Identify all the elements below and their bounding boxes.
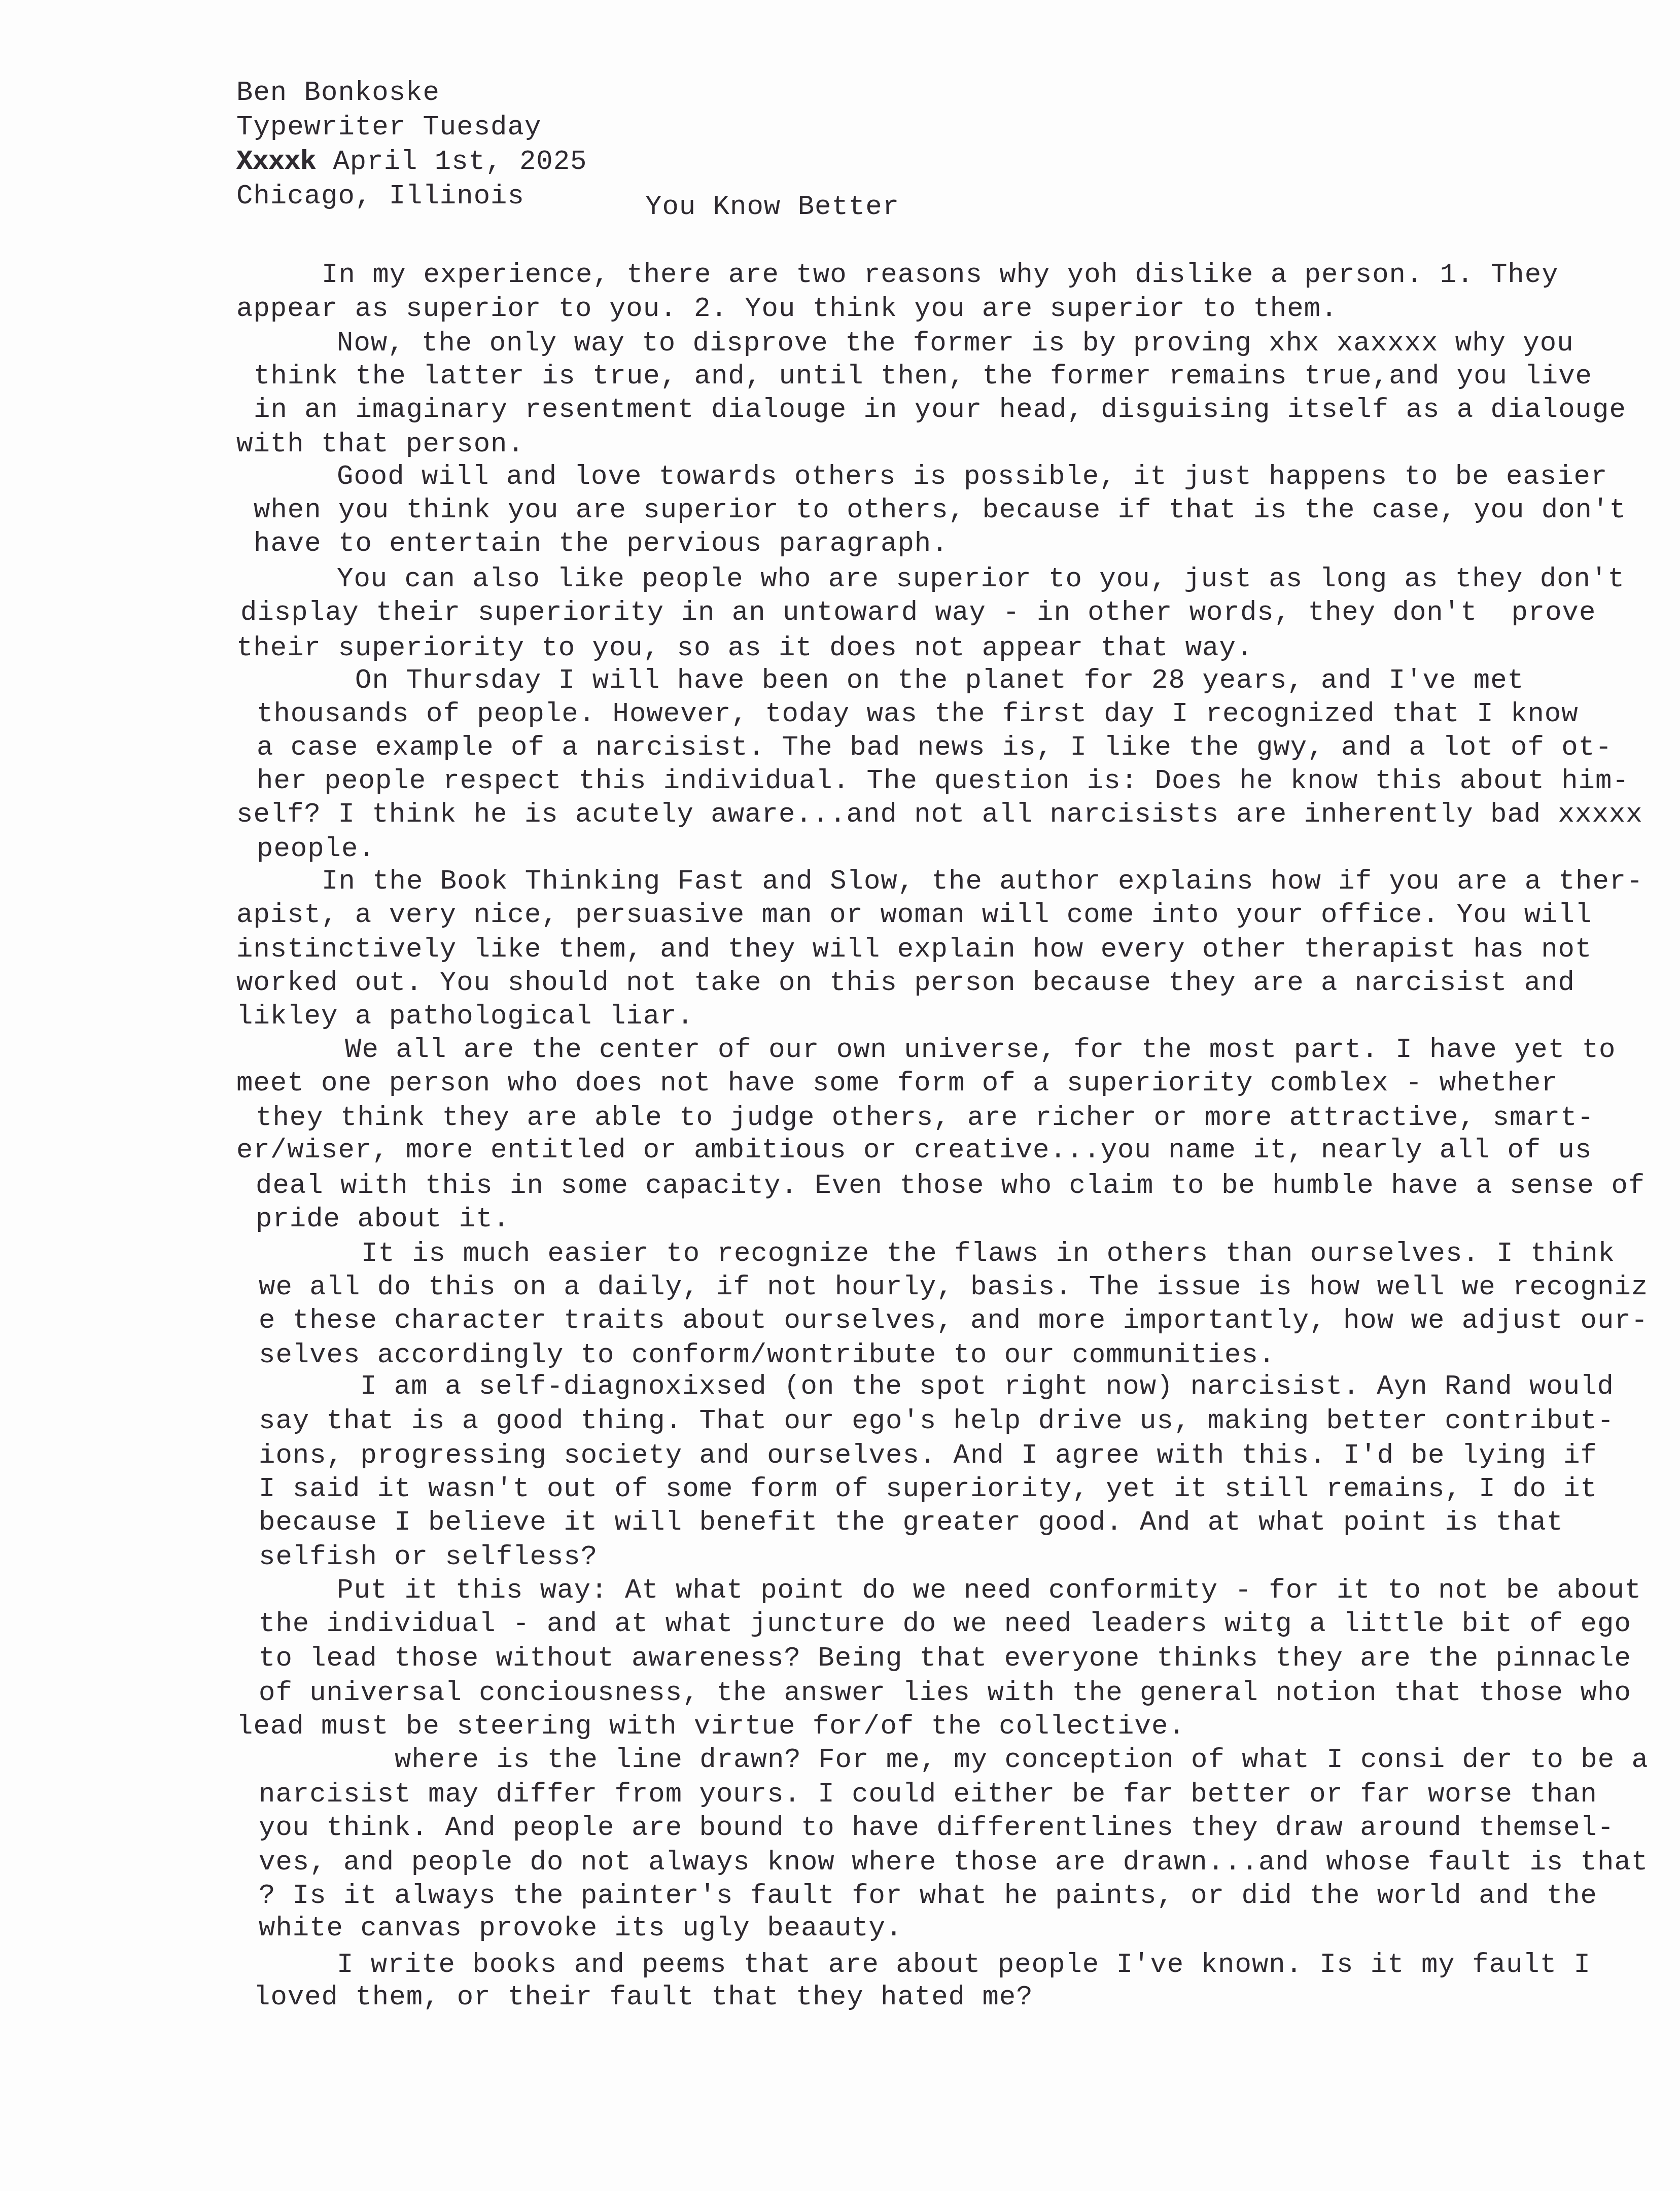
text-line: a case example of a narcisist. The bad n…: [257, 731, 1612, 765]
text-line: self? I think he is acutely aware...and …: [236, 798, 1643, 832]
text-line: deal with this in some capacity. Even th…: [256, 1170, 1645, 1203]
text-line: the individual - and at what juncture do…: [259, 1608, 1631, 1641]
text-line: in an imaginary resentment dialouge in y…: [254, 394, 1626, 427]
struck-out-text: Xxxxk: [236, 147, 316, 178]
text-line: ions, progressing society and ourselves.…: [259, 1439, 1597, 1473]
text-line: Put it this way: At what point do we nee…: [337, 1574, 1641, 1608]
text-line: say that is a good thing. That our ego's…: [259, 1405, 1614, 1438]
text-line: because I believe it will benefit the gr…: [259, 1506, 1563, 1540]
text-line: We all are the center of our own univers…: [345, 1034, 1616, 1067]
text-line: It is much easier to recognize the flaws…: [361, 1238, 1615, 1271]
text-line: apist, a very nice, persuasive man or wo…: [236, 899, 1592, 932]
text-line: You can also like people who are superio…: [337, 563, 1625, 596]
text-line: display their superiority in an untoward…: [240, 596, 1596, 630]
text-line: loved them, or their fault that they hat…: [254, 1981, 1033, 2015]
text-line: e these character traits about ourselves…: [259, 1304, 1648, 1338]
text-line: Good will and love towards others is pos…: [337, 461, 1607, 494]
text-line: likley a pathological liar.: [236, 1000, 694, 1034]
text-line: white canvas provoke its ugly beaauty.: [259, 1912, 902, 1946]
text-line: to lead those without awareness? Being t…: [259, 1642, 1631, 1676]
text-line: selfish or selfless?: [259, 1541, 598, 1574]
text-line: have to entertain the pervious paragraph…: [254, 527, 949, 561]
text-line: lead must be steering with virtue for/of…: [236, 1710, 1185, 1744]
text-line: In my experience, there are two reasons …: [322, 259, 1559, 292]
text-line: I am a self-diagnoxixsed (on the spot ri…: [360, 1370, 1614, 1404]
text-line: I said it wasn't out of some form of sup…: [259, 1473, 1597, 1506]
text-line: In the Book Thinking Fast and Slow, the …: [322, 865, 1643, 899]
text-line: pride about it.: [256, 1203, 510, 1236]
text-line: appear as superior to you. 2. You think …: [236, 293, 1338, 326]
text-line: selves accordingly to conform/wontribute…: [259, 1339, 1275, 1372]
author-name: Ben Bonkoske: [236, 76, 587, 111]
text-line: meet one person who does not have some f…: [236, 1067, 1558, 1101]
text-line: worked out. You should not take on this …: [236, 967, 1575, 1000]
text-line: Now, the only way to disprove the former…: [337, 327, 1574, 361]
text-line: thousands of people. However, today was …: [257, 698, 1579, 731]
text-line: think the latter is true, and, until the…: [254, 360, 1592, 394]
date-line: Xxxxk April 1st, 2025: [236, 145, 587, 180]
typewritten-page: Ben Bonkoske Typewriter Tuesday Xxxxk Ap…: [0, 0, 1680, 2191]
document-title: You Know Better: [645, 192, 899, 223]
location: Chicago, Illinois: [236, 180, 587, 214]
text-line: when you think you are superior to other…: [254, 494, 1626, 527]
text-line: ves, and people do not always know where…: [259, 1846, 1648, 1880]
letter-header: Ben Bonkoske Typewriter Tuesday Xxxxk Ap…: [236, 76, 587, 214]
text-line: her people respect this individual. The …: [257, 765, 1629, 798]
text-line: you think. And people are bound to have …: [259, 1812, 1614, 1845]
text-line: On Thursday I will have been on the plan…: [355, 664, 1524, 698]
text-line: of universal conciousness, the answer li…: [259, 1677, 1631, 1710]
text-line: narcisist may differ from yours. I could…: [259, 1778, 1597, 1812]
series-name: Typewriter Tuesday: [236, 111, 587, 145]
text-line: instinctively like them, and they will e…: [236, 933, 1592, 967]
text-line: we all do this on a daily, if not hourly…: [259, 1271, 1648, 1304]
text-line: they think they are able to judge others…: [256, 1102, 1594, 1135]
text-line: with that person.: [236, 428, 524, 462]
date: April 1st, 2025: [333, 147, 587, 178]
text-line: I write books and peems that are about p…: [337, 1949, 1591, 1982]
text-line: where is the line drawn? For me, my conc…: [395, 1744, 1649, 1777]
text-line: er/wiser, more entitled or ambitious or …: [236, 1134, 1592, 1168]
text-line: their superiority to you, so as it does …: [236, 632, 1253, 665]
text-line: ? Is it always the painter's fault for w…: [259, 1880, 1597, 1913]
text-line: people.: [257, 833, 375, 866]
